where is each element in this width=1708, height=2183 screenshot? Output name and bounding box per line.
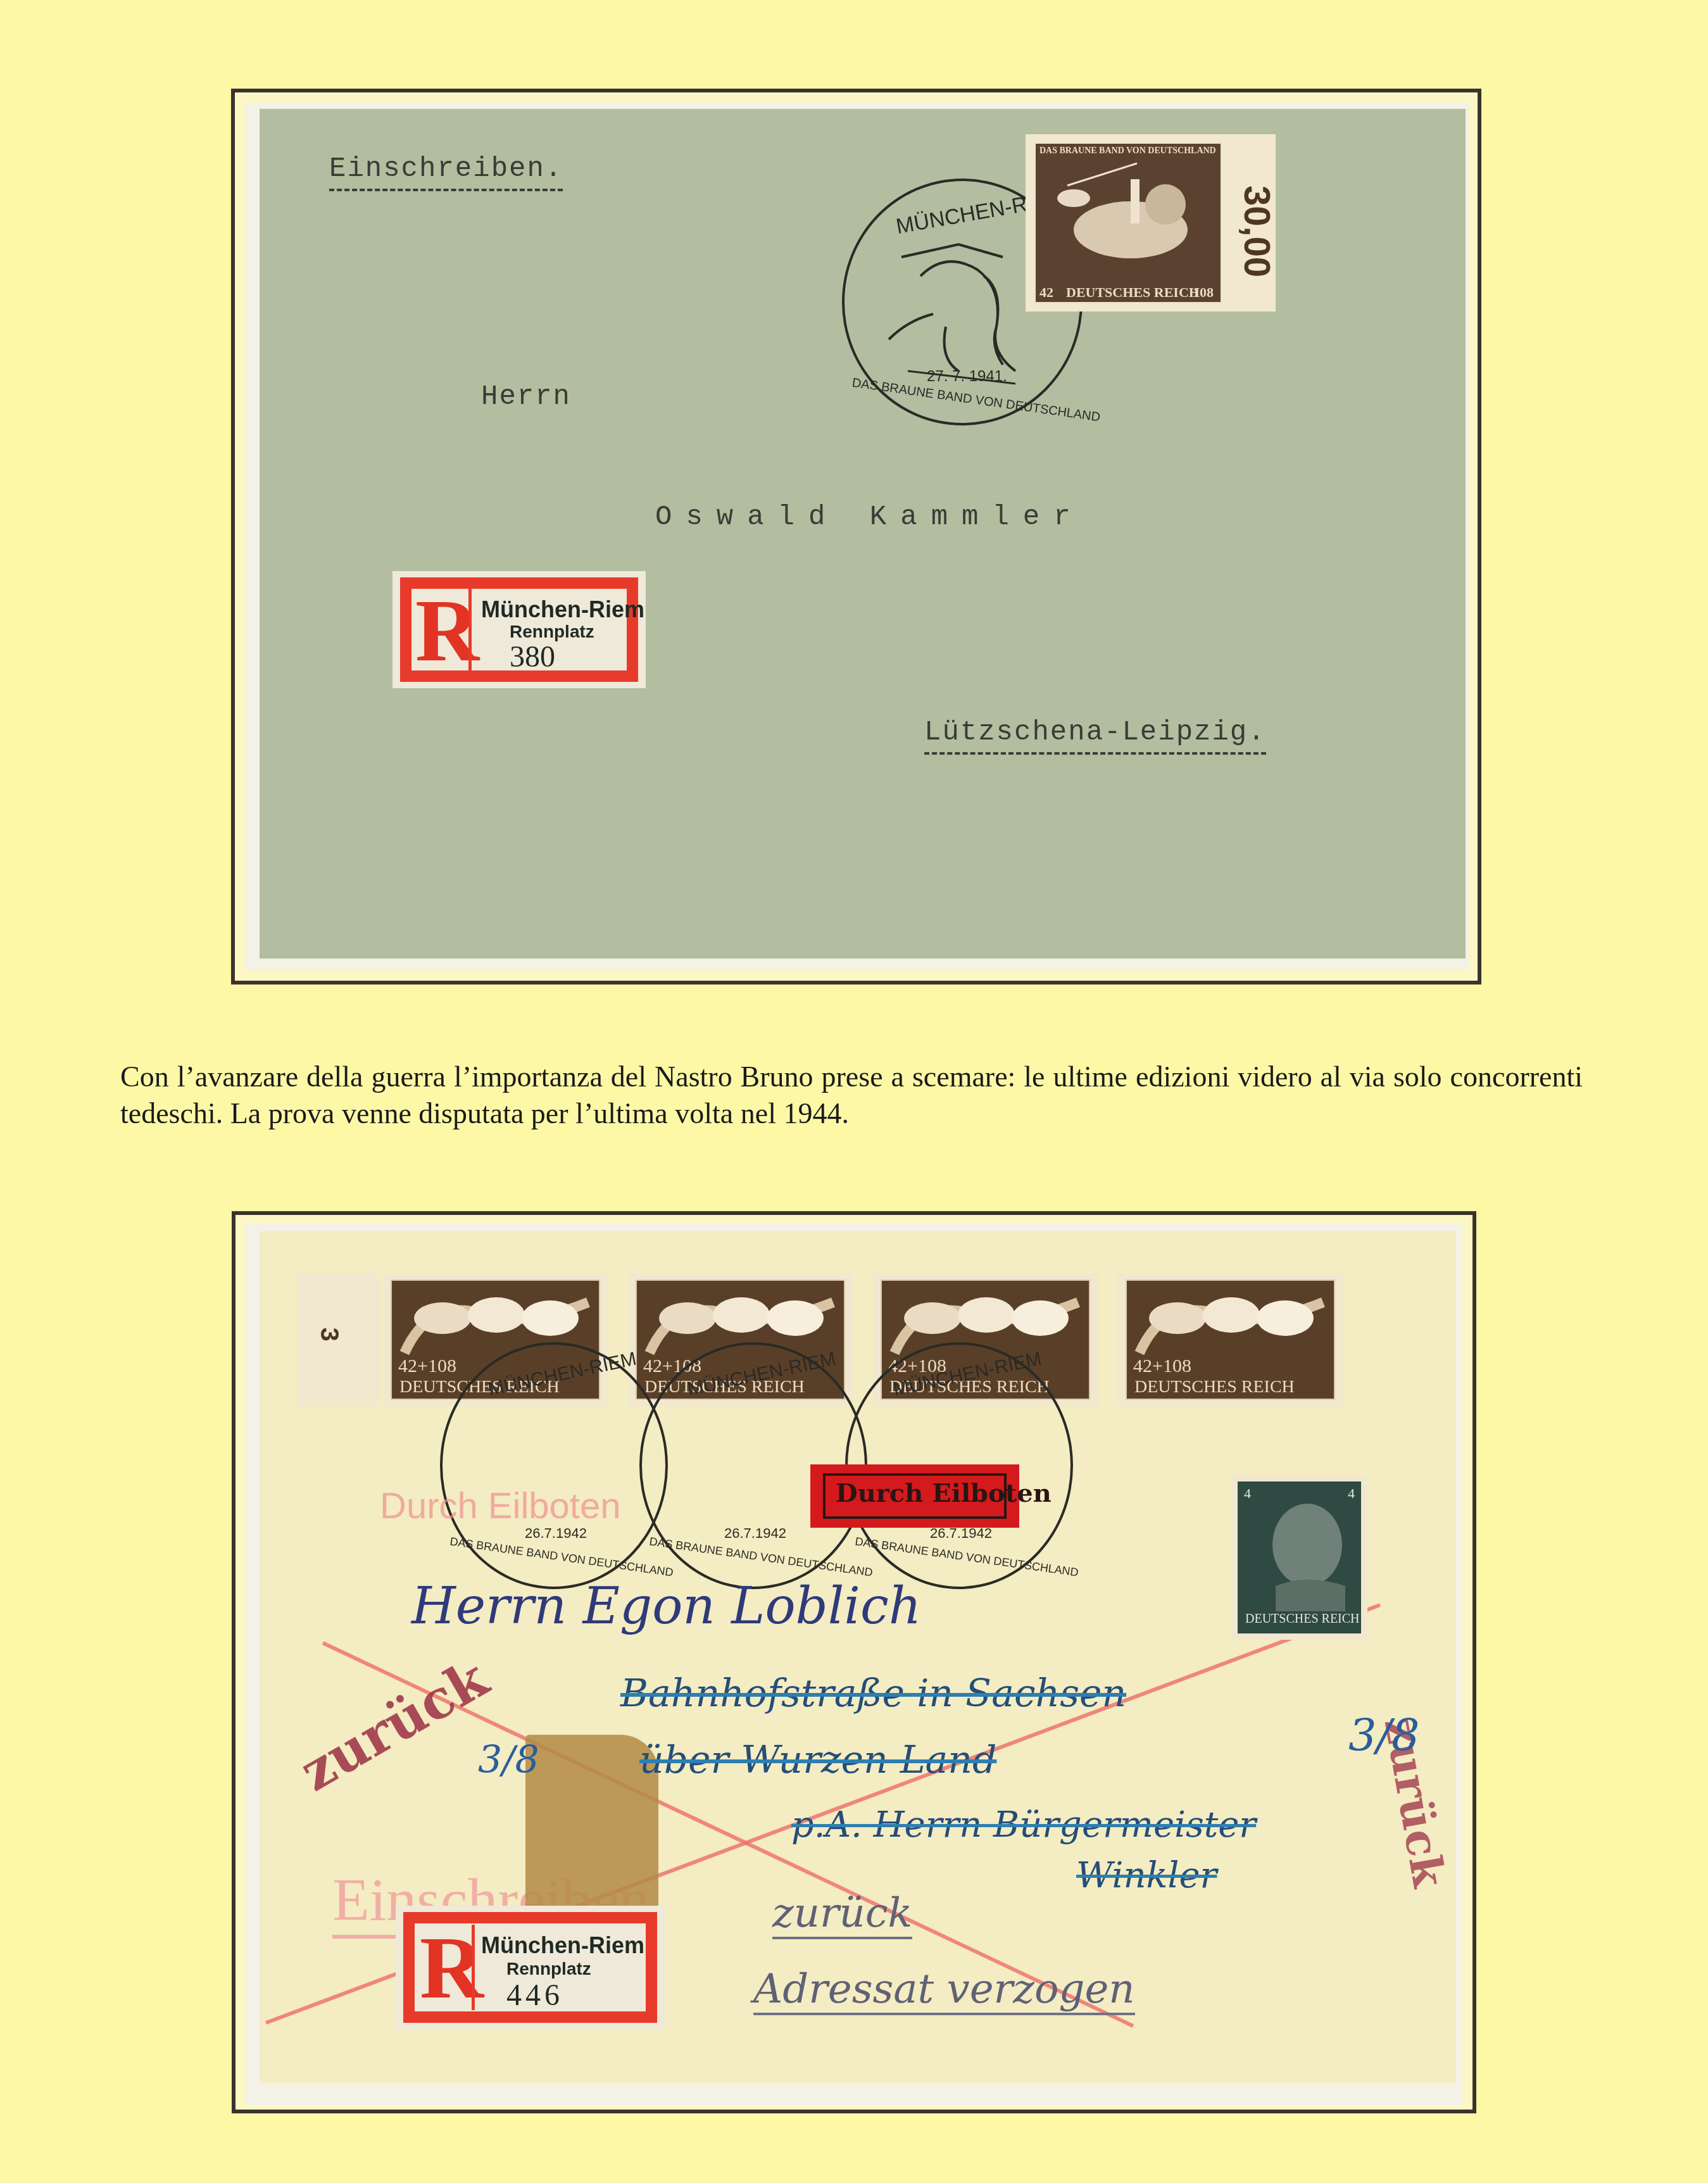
- commemorative-postmark: MÜNCHEN-RIEM 26.7.1942 DAS BRAUNE BAND V…: [440, 1342, 668, 1589]
- express-label: Durch Eilboten: [810, 1464, 1019, 1528]
- stamp-country: DEUTSCHES REICH: [1066, 284, 1200, 301]
- handwritten-mark-left: 3/8: [478, 1738, 539, 1782]
- handwritten-mark-right: 3/8: [1348, 1709, 1420, 1761]
- horse-riders-icon: [1036, 160, 1221, 280]
- registration-number: 380: [510, 639, 555, 674]
- galloping-horses-icon: [1127, 1283, 1334, 1366]
- handwritten-address-line-5: Winkler: [1076, 1855, 1217, 1896]
- pencil-note-returned: zurück: [772, 1890, 912, 1939]
- registration-office: München-Riem: [481, 596, 644, 623]
- postmark-date: 26.7.1942: [525, 1525, 587, 1542]
- registration-number: 446: [506, 1978, 563, 2013]
- postmark-date: 26.7.1942: [724, 1525, 786, 1542]
- postmark-city: MÜNCHEN-RIEM: [486, 1349, 638, 1401]
- handwritten-address-line-3: über Wurzen Land: [639, 1738, 996, 1782]
- registered-header: Einschreiben.: [329, 153, 563, 191]
- stamp-value-left: 42: [1039, 284, 1053, 301]
- registration-label: R München-Riem Rennplatz 446: [396, 1906, 665, 2029]
- selvage-number: 30,00: [1236, 181, 1278, 282]
- stamp-definitive-4pf: 4 4 DEUTSCHES REICH: [1231, 1475, 1367, 1640]
- stamp-braune-band-1942: 42+108 DEUTSCHES REICH: [1118, 1273, 1343, 1406]
- faint-express-stamp: Durch Eilboten: [380, 1485, 620, 1527]
- addressee-city: Lützschena-Leipzig.: [924, 717, 1266, 755]
- stamp-value-right: 108: [1193, 284, 1214, 301]
- registration-office: München-Riem: [481, 1932, 644, 1959]
- stamp-value: 42+108: [1133, 1356, 1191, 1377]
- postmark-date: 27. 7. 1941.: [927, 368, 1007, 386]
- portrait-icon: [1238, 1497, 1361, 1611]
- registration-label: R München-Riem Rennplatz 380: [392, 571, 646, 688]
- stamp-braune-band-1941: DAS BRAUNE BAND VON DEUTSCHLAND 42 DEUTS…: [1034, 142, 1222, 304]
- definitive-country: DEUTSCHES REICH: [1245, 1612, 1360, 1626]
- registration-sub: Rennplatz: [506, 1959, 591, 1979]
- salutation: Herrn: [481, 381, 571, 413]
- postmark-city: MÜNCHEN-RIEM: [891, 1349, 1043, 1401]
- handwritten-address-line-4: p.A. Herrn Bürgermeister: [791, 1804, 1256, 1846]
- handwritten-address-line-2: Bahnhofstraße in Sachsen: [620, 1671, 1126, 1716]
- handwritten-addressee: Herrn Egon Loblich: [411, 1576, 921, 1635]
- cover-envelope-1941: Einschreiben. Herrn Oswald Kammler Lützs…: [260, 109, 1466, 959]
- stamp-top-text: DAS BRAUNE BAND VON DEUTSCHLAND: [1039, 146, 1216, 156]
- page-caption: Con l’avanzare della guerra l’importanza…: [120, 1059, 1583, 1132]
- express-label-text: Durch Eilboten: [836, 1478, 1052, 1508]
- stamp-country: DEUTSCHES REICH: [1134, 1377, 1295, 1397]
- postmark-city: MÜNCHEN-RIEM: [686, 1349, 838, 1401]
- selvage-number: 3: [315, 1327, 343, 1341]
- stamp-value: 42+108: [398, 1356, 456, 1377]
- cover-envelope-1942: 3 42+108 DEUTSCHES REICH: [260, 1231, 1456, 2083]
- pencil-note-moved: Adressat verzogen: [753, 1966, 1135, 2015]
- addressee-name: Oswald Kammler: [655, 501, 1084, 533]
